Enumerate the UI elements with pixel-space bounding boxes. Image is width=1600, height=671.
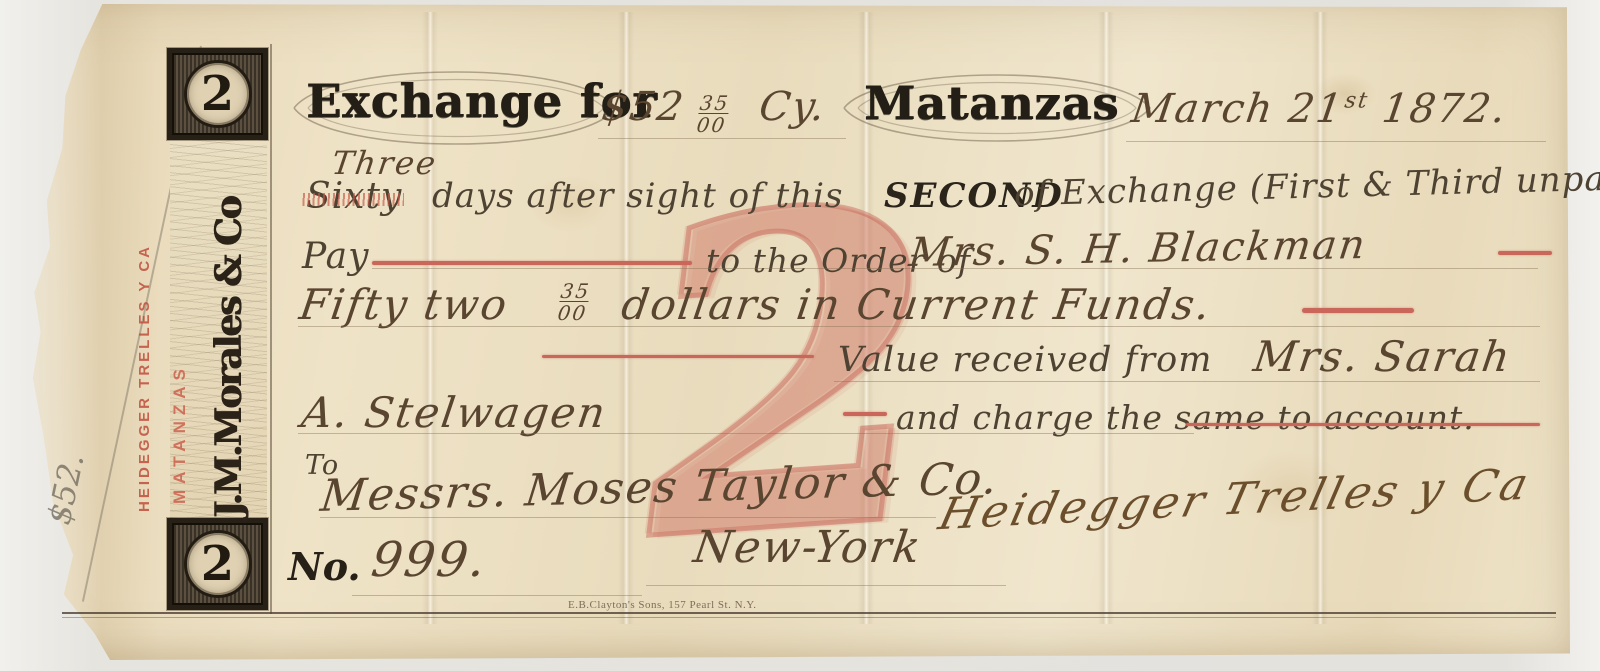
denomination-stamp-bottom: 2 (167, 518, 268, 610)
date-part2: 1872. (1379, 86, 1510, 132)
number-value: 999. (368, 532, 491, 588)
value-from-name-1: Mrs. Sarah (1251, 332, 1515, 381)
ruled-line (320, 517, 936, 518)
fraction-denominator: 00 (556, 301, 589, 323)
amount-figures: $52 3500 Cy. (598, 84, 829, 135)
bottom-border-rule (62, 617, 1556, 618)
ruled-line (352, 595, 642, 596)
ruled-line (598, 138, 846, 139)
amount-fraction: 3500 (556, 281, 591, 323)
amount-words-cont: dollars in Current Funds. (619, 280, 1215, 329)
stamp-circle: 2 (184, 60, 252, 128)
value-from-name-2: A. Stelwagen (299, 388, 611, 437)
term-struck-wrap: Sixty (306, 176, 402, 217)
stamp-numeral: 2 (201, 540, 234, 588)
amount-fraction: 3500 (695, 93, 730, 135)
number-label: No. (288, 544, 361, 589)
stamp-frame: 2 (172, 53, 263, 135)
date-ordinal: st (1343, 89, 1371, 114)
date-part1: March 21 (1129, 86, 1347, 132)
ruled-line (298, 326, 1540, 327)
amount-currency: Cy. (756, 84, 829, 130)
red-fill-line (1186, 423, 1540, 426)
stamp-frame: 2 (172, 523, 263, 605)
pay-label: Pay (302, 236, 369, 277)
red-fill-line (542, 355, 814, 358)
red-dash (1302, 308, 1414, 313)
ruled-line (298, 433, 1194, 434)
red-strike (300, 193, 404, 206)
fraction-numerator: 35 (699, 93, 731, 113)
drawee-city: New-York (690, 522, 925, 573)
red-fill-line (372, 261, 692, 265)
denomination-stamp-top: 2 (167, 48, 268, 140)
red-dash (1498, 251, 1552, 255)
amount-prefix: $52 (599, 84, 688, 130)
bottom-border-rule (62, 612, 1556, 614)
firm-name-red-vertical: HEIDEGGER TRELLES Y CA (136, 150, 153, 512)
value-received-label: Value received from (838, 340, 1212, 380)
printer-imprint: E.B.Clayton's Sons, 157 Pearl St. N.Y. (568, 599, 757, 611)
sight-clause: days after sight of this (432, 176, 843, 216)
form-left-rule (270, 44, 272, 614)
ruled-line (834, 381, 1540, 382)
matanzas-stamp-vertical: MATANZAS (170, 298, 190, 504)
fraction-numerator: 35 (560, 281, 592, 301)
charge-clause: and charge the same to account. (896, 398, 1475, 437)
stamp-circle: 2 (184, 530, 252, 598)
firm-name-black-vertical: J.M.Morales & Co (208, 142, 250, 518)
ruled-line (372, 268, 1538, 269)
place-label: Matanzas (864, 76, 1119, 130)
fraction-denominator: 00 (695, 113, 728, 135)
scanner-bed: $52. 2 2 HEIDEGGER TRELLES Y CA MATANZAS… (0, 0, 1600, 671)
ruled-line (1126, 141, 1546, 142)
stamp-numeral: 2 (201, 70, 234, 118)
amount-words: Fifty two (297, 280, 512, 329)
date-written: March 21st 1872. (1129, 86, 1511, 132)
ruled-line (646, 585, 1006, 586)
red-dash (843, 412, 887, 416)
